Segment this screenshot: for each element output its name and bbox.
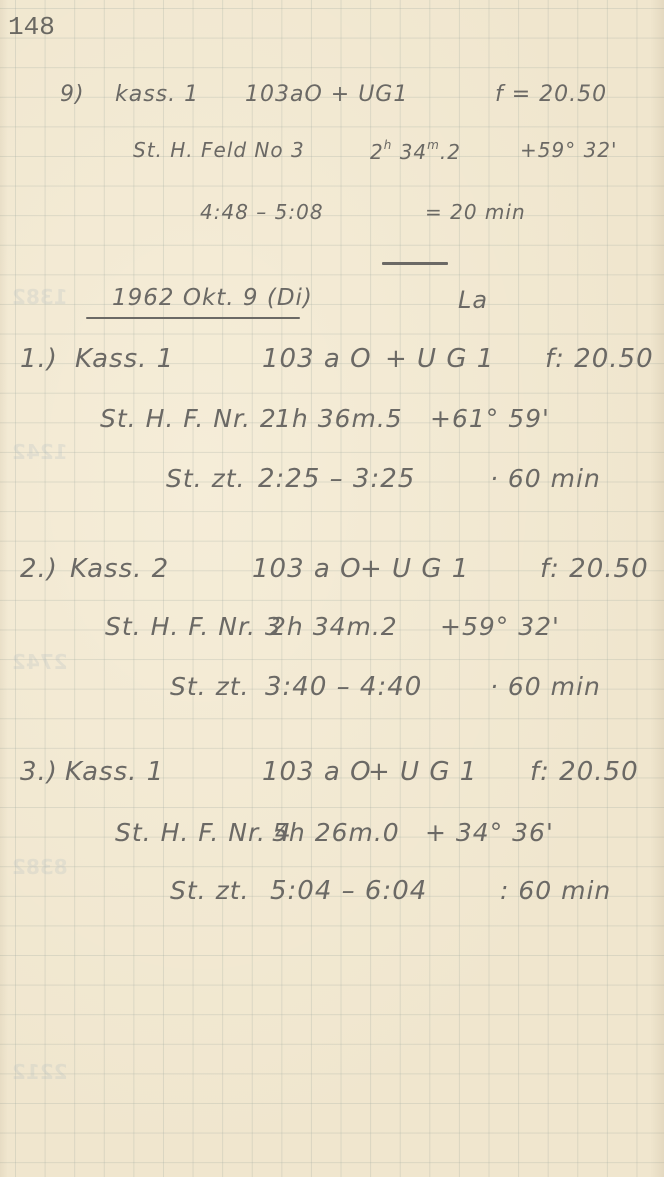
filter: + U G 1	[385, 344, 494, 374]
exposure-duration: · 60 min	[490, 464, 601, 493]
filter: + U G 1	[368, 757, 477, 787]
ra-minutes: 34	[400, 140, 427, 164]
plate: 103 a O	[262, 757, 372, 787]
showthrough-mark: 2212	[12, 1060, 68, 1084]
field: St. H. F. Nr. 2	[100, 404, 277, 433]
declination: +59° 32'	[440, 612, 560, 641]
exposure-duration: = 20 min	[425, 200, 526, 224]
time-label: St. zt.	[166, 464, 245, 493]
field: St. H. Feld No 3	[133, 138, 305, 162]
entry-number: 2.)	[20, 554, 58, 584]
showthrough-mark: 1382	[12, 285, 68, 309]
exposure-time: 3:40 – 4:40	[265, 672, 422, 702]
focal-length: f: 20.50	[545, 344, 654, 374]
time-label: St. zt.	[170, 876, 249, 905]
date-underline	[86, 317, 300, 319]
entry-number: 1.)	[20, 344, 58, 374]
declination: + 34° 36'	[425, 818, 554, 847]
ra-hours: 2	[370, 140, 384, 164]
right-ascension: 5h 26m.0	[272, 818, 400, 847]
field: St. H. F. Nr. 3	[105, 612, 282, 641]
ra-hours-unit: h	[384, 138, 393, 152]
ra-fraction: .2	[440, 140, 461, 164]
cassette: Kass. 1	[65, 757, 164, 787]
plate-filter: 103aO + UG1	[245, 82, 408, 107]
exposure-time: 5:04 – 6:04	[270, 876, 427, 906]
page-number: 148	[8, 12, 55, 42]
cassette: Kass. 1	[75, 344, 174, 374]
filter: + U G 1	[360, 554, 469, 584]
showthrough-mark: 2742	[12, 650, 68, 674]
ra-minutes-unit: m	[427, 138, 440, 152]
separator-line	[382, 262, 448, 265]
showthrough-mark: 8382	[12, 855, 68, 879]
notebook-page: 148 1382 1242 2742 8382 2212 9) kass. 1 …	[0, 0, 664, 1177]
entry-number: 3.)	[20, 757, 58, 787]
focal-length: f: 20.50	[530, 757, 639, 787]
field: St. H. F. Nr. 4	[115, 818, 292, 847]
cassette: kass. 1	[115, 82, 199, 107]
observer-initials: La	[458, 286, 488, 314]
declination: +59° 32'	[520, 138, 618, 162]
declination: +61° 59'	[430, 404, 550, 433]
time-label: St. zt.	[170, 672, 249, 701]
right-ascension: 2h 34m.2	[270, 612, 398, 641]
focal-length: f = 20.50	[495, 82, 607, 107]
entry-number: 9)	[60, 82, 85, 107]
exposure-duration: · 60 min	[490, 672, 601, 701]
plate: 103 a O	[252, 554, 362, 584]
cassette: Kass. 2	[70, 554, 169, 584]
right-ascension: 1h 36m.5	[275, 404, 403, 433]
exposure-time: 4:48 – 5:08	[200, 200, 324, 224]
exposure-duration: : 60 min	[500, 876, 611, 905]
showthrough-mark: 1242	[12, 440, 68, 464]
right-ascension: 2h 34m.2	[370, 138, 461, 164]
focal-length: f: 20.50	[540, 554, 649, 584]
plate: 103 a O	[262, 344, 372, 374]
session-date: 1962 Okt. 9 (Di)	[112, 285, 313, 311]
exposure-time: 2:25 – 3:25	[258, 464, 415, 494]
